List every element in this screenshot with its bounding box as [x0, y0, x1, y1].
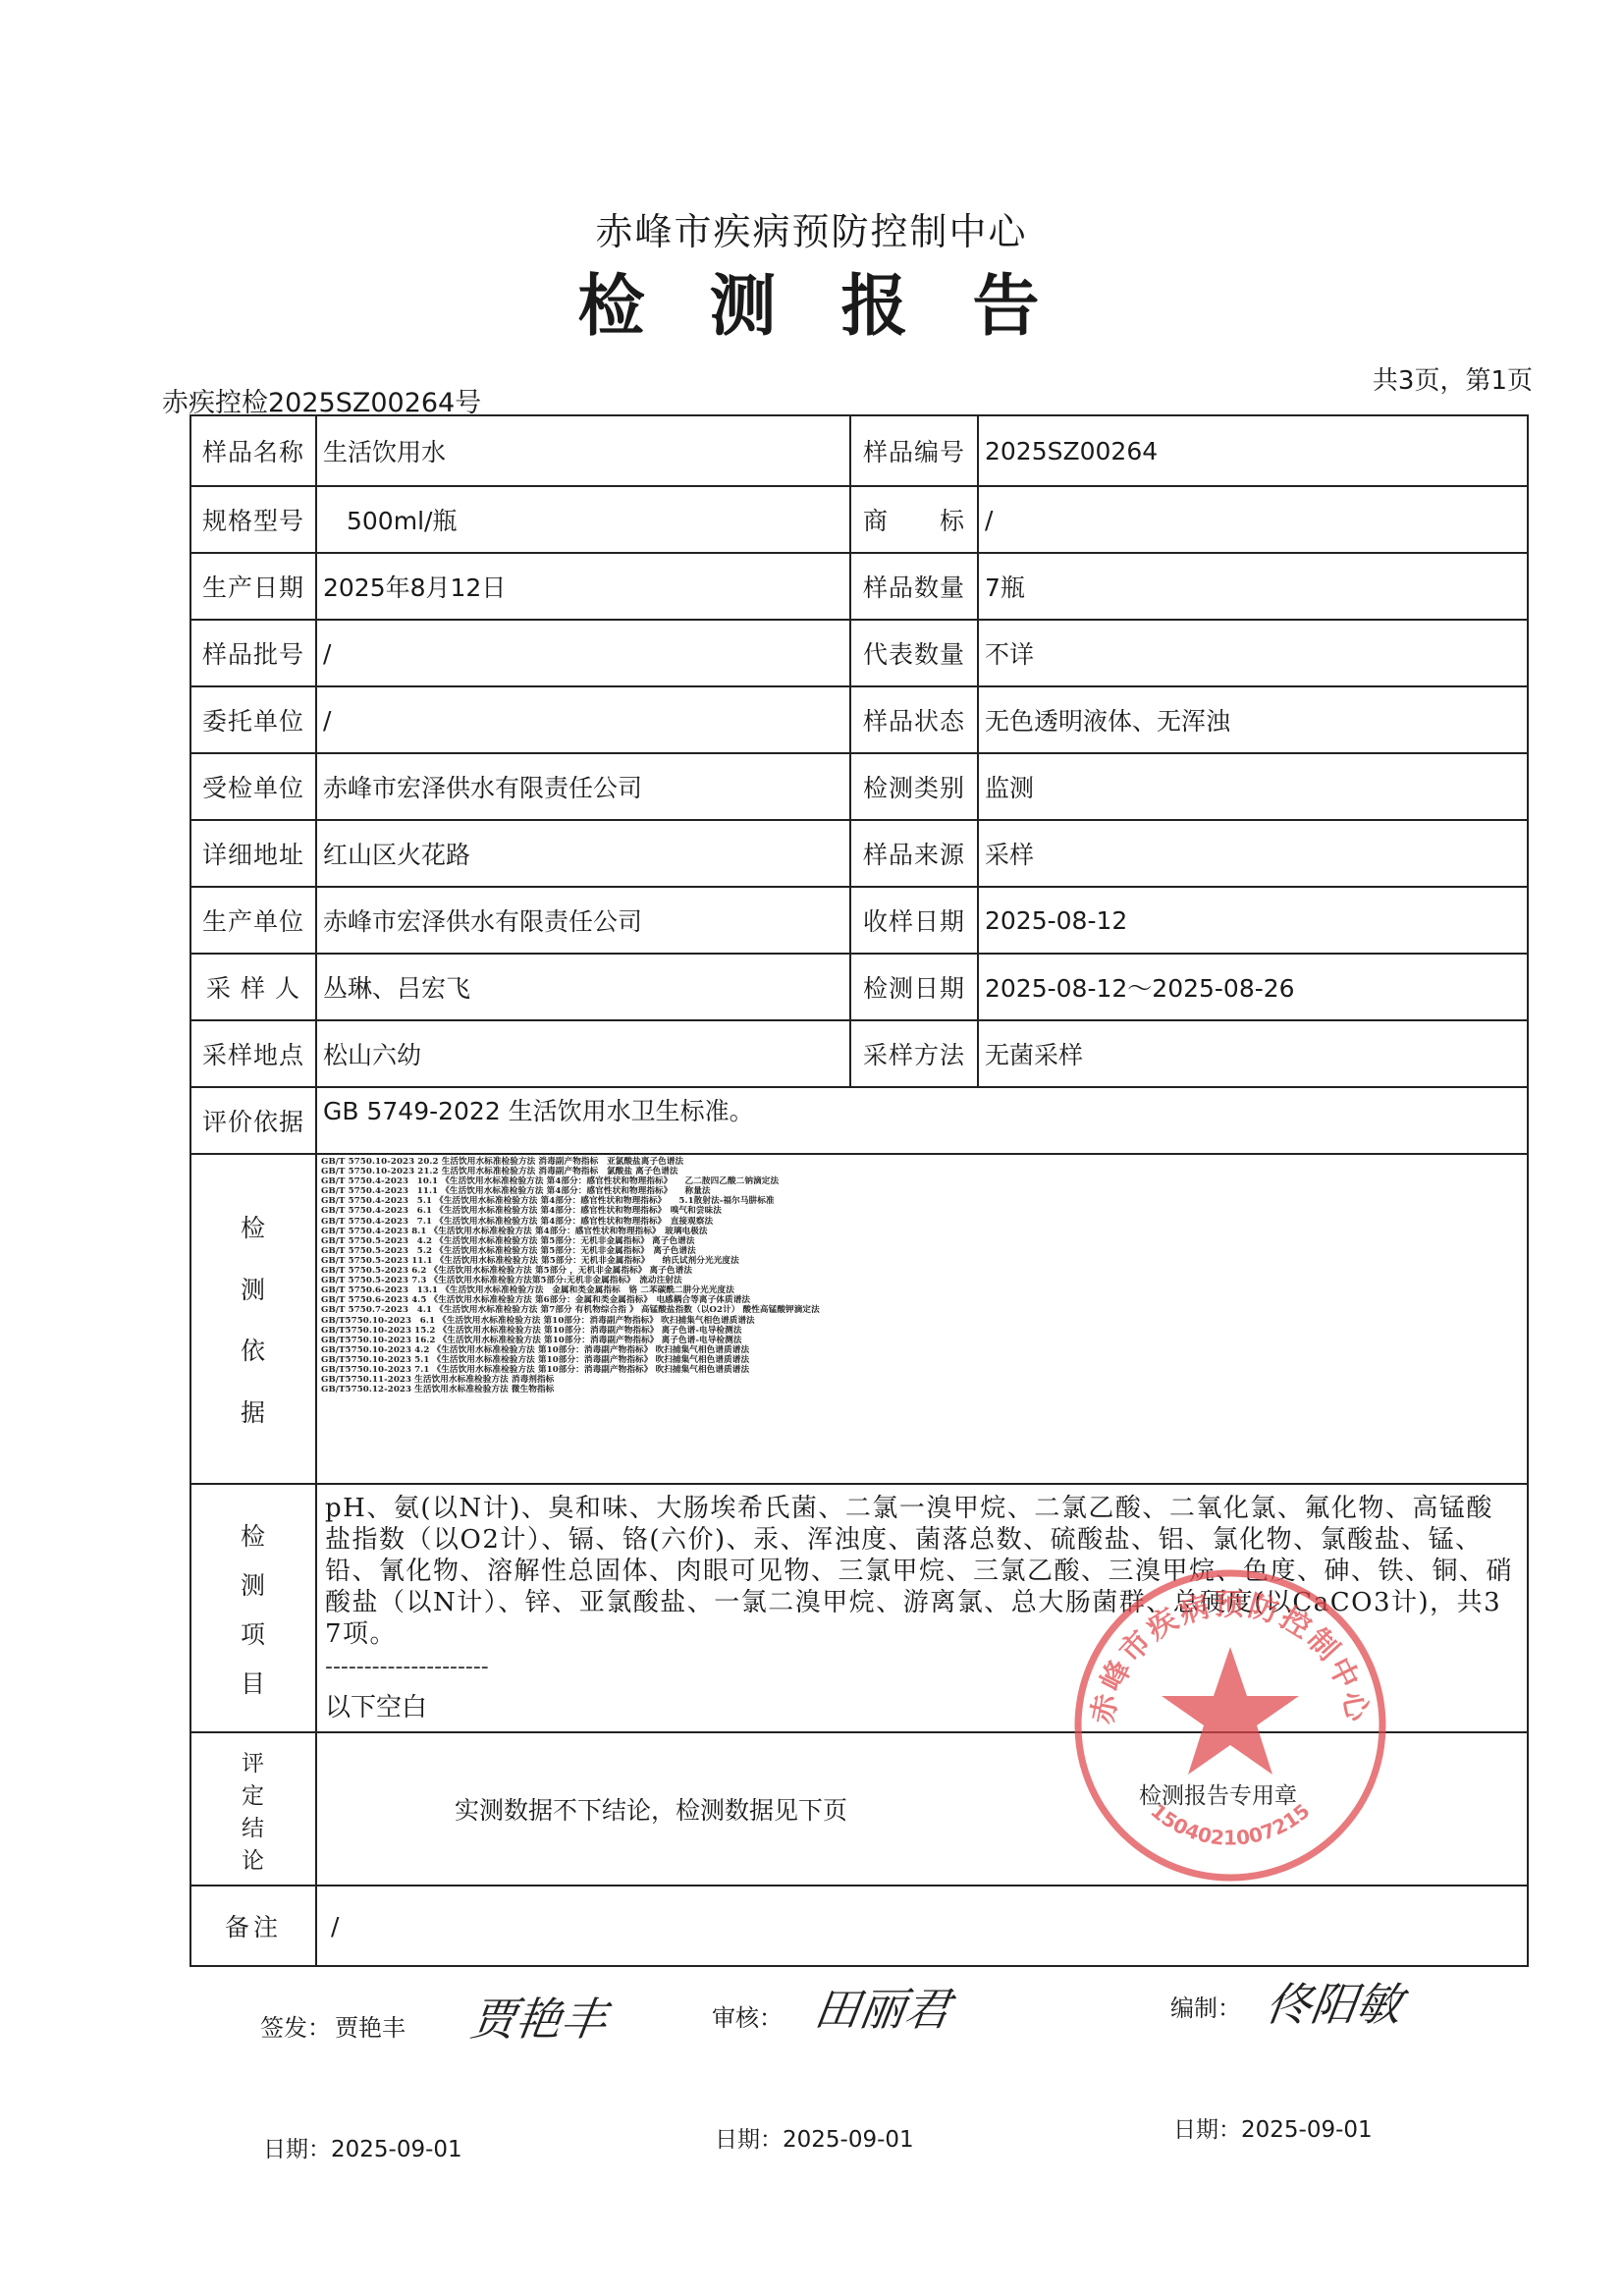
- field-label: 生产日期: [190, 553, 316, 620]
- basis-line: GB/T5750.10-2023 6.1 《生活饮用水标准检验方法 第10部分：…: [321, 1316, 1523, 1326]
- basis-line: GB/T 5750.4-2023 10.1 《生活饮用水标准检验方法 第4部分：…: [321, 1176, 1523, 1186]
- page-info: 共3页，第1页: [1373, 360, 1533, 397]
- spec-value: 500ml/瓶: [316, 486, 850, 553]
- sample-source-value: 采样: [978, 820, 1528, 887]
- compiler-label: 编制：: [1170, 1989, 1241, 2023]
- conclusion-label: 评定结论: [190, 1732, 316, 1886]
- vertical-label-char: 目: [241, 1665, 266, 1700]
- field-label: 样品名称: [190, 415, 316, 486]
- basis-line: GB/T 5750.6-2023 13.1 《生活饮用水标准检验方法 金属和类金…: [321, 1285, 1523, 1295]
- basis-line: GB/T5750.10-2023 16.2 《生活饮用水标准检验方法 第10部分…: [321, 1336, 1523, 1345]
- basis-line: GB/T 5750.4-2023 5.1 《生活饮用水标准检验方法 第4部分：感…: [321, 1196, 1523, 1206]
- field-label: 评价依据: [190, 1087, 316, 1154]
- field-label: 样品数量: [850, 553, 978, 620]
- field-label: 检测日期: [850, 954, 978, 1020]
- reviewer-date: 日期：2025-09-01: [715, 2121, 914, 2154]
- organization-name: 赤峰市疾病预防控制中心: [0, 201, 1623, 255]
- table-row: 样品名称 生活饮用水 样品编号 2025SZ00264: [190, 415, 1528, 486]
- issuer-signature: 贾艳丰: [466, 1984, 611, 2049]
- field-label: 委托单位: [190, 686, 316, 753]
- vertical-label: 评定结论: [191, 1745, 315, 1873]
- table-row: 委托单位 / 样品状态 无色透明液体、无浑浊: [190, 686, 1528, 753]
- vertical-label-char: 结: [242, 1810, 265, 1842]
- representative-qty-value: 不详: [978, 620, 1528, 686]
- sample-id-value: 2025SZ00264: [978, 415, 1528, 486]
- production-date-value: 2025年8月12日: [316, 553, 850, 620]
- basis-line: GB/T 5750.4-2023 11.1 《生活饮用水标准检验方法 第4部分：…: [321, 1186, 1523, 1196]
- basis-lines: GB/T 5750.10-2023 20.2 生活饮用水标准检验方法 消毒副产物…: [321, 1157, 1523, 1394]
- field-label: 采样地点: [190, 1020, 316, 1087]
- blank-note: 以下空白: [325, 1687, 1519, 1723]
- basis-line: GB/T 5750.10-2023 20.2 生活饮用水标准检验方法 消毒副产物…: [321, 1157, 1523, 1167]
- basis-line: GB/T 5750.5-2023 4.2 《生活饮用水标准检验方法 第5部分：无…: [321, 1236, 1523, 1246]
- table-row: 评定结论 实测数据不下结论，检测数据见下页: [190, 1732, 1528, 1886]
- table-row: 采样地点 松山六幼 采样方法 无菌采样: [190, 1020, 1528, 1087]
- document-title: 检测报告: [0, 253, 1623, 349]
- table-row: 生产单位 赤峰市宏泽供水有限责任公司 收样日期 2025-08-12: [190, 887, 1528, 954]
- test-category-value: 监测: [978, 753, 1528, 820]
- table-row: 规格型号 500ml/瓶 商 标 /: [190, 486, 1528, 553]
- remarks-label: 备注: [190, 1886, 316, 1966]
- basis-line: GB/T5750.10-2023 4.2 《生活饮用水标准检验方法 第10部分：…: [321, 1345, 1523, 1355]
- field-label: 采样方法: [850, 1020, 978, 1087]
- brand-value: /: [978, 486, 1528, 553]
- field-label: 代表数量: [850, 620, 978, 686]
- table-row: 检测项目 pH、氨(以N计)、臭和味、大肠埃希氏菌、二氯一溴甲烷、二氯乙酸、二氧…: [190, 1484, 1528, 1732]
- table-row: 备注 /: [190, 1886, 1528, 1966]
- table-row: 样品批号 / 代表数量 不详: [190, 620, 1528, 686]
- issuer-name: 贾艳丰: [335, 2014, 406, 2042]
- field-label: 收样日期: [850, 887, 978, 954]
- field-label: 商 标: [850, 486, 978, 553]
- field-label: 规格型号: [190, 486, 316, 553]
- batch-no-value: /: [316, 620, 850, 686]
- test-basis-label: 检测依据: [190, 1154, 316, 1484]
- address-value: 红山区火花路: [316, 820, 850, 887]
- field-label: 采 样 人: [190, 954, 316, 1020]
- basis-line: GB/T 5750.5-2023 5.2 《生活饮用水标准检验方法 第5部分：无…: [321, 1246, 1523, 1256]
- vertical-label-char: 据: [241, 1394, 266, 1429]
- field-label: 样品编号: [850, 415, 978, 486]
- client-value: /: [316, 686, 850, 753]
- field-label: 受检单位: [190, 753, 316, 820]
- basis-line: GB/T 5750.5-2023 7.3 《生活饮用水标准检验方法第5部分:无机…: [321, 1276, 1523, 1285]
- conclusion-text: 实测数据不下结论，检测数据见下页: [316, 1732, 1528, 1886]
- field-label: 生产单位: [190, 887, 316, 954]
- compiler-block: 编制：: [1170, 1989, 1241, 2023]
- table-row: 受检单位 赤峰市宏泽供水有限责任公司 检测类别 监测: [190, 753, 1528, 820]
- evaluation-basis-value: GB 5749-2022 生活饮用水卫生标准。: [316, 1087, 1528, 1154]
- basis-line: GB/T 5750.7-2023 4.1 《生活饮用水标准检验方法 第7部分 有…: [321, 1305, 1523, 1315]
- basis-line: GB/T5750.10-2023 15.2 《生活饮用水标准检验方法 第10部分…: [321, 1326, 1523, 1336]
- field-label: 检测类别: [850, 753, 978, 820]
- vertical-label-char: 检: [241, 1517, 266, 1553]
- sampler-value: 丛琳、吕宏飞: [316, 954, 850, 1020]
- sample-quantity-value: 7瓶: [978, 553, 1528, 620]
- issuer-date: 日期：2025-09-01: [263, 2131, 462, 2163]
- vertical-label-char: 检: [241, 1209, 266, 1244]
- test-date-value: 2025-08-12～2025-08-26: [978, 954, 1528, 1020]
- compiler-signature: 佟阳敏: [1262, 1969, 1406, 2034]
- table-row: 详细地址 红山区火花路 样品来源 采样: [190, 820, 1528, 887]
- field-label: 详细地址: [190, 820, 316, 887]
- reviewer-block: 审核：: [712, 1998, 783, 2033]
- vertical-label-char: 定: [242, 1777, 265, 1810]
- vertical-label: 检测项目: [191, 1510, 315, 1707]
- basis-line: GB/T5750.10-2023 5.1 《生活饮用水标准检验方法 第10部分：…: [321, 1355, 1523, 1365]
- basis-line: GB/T 5750.4-2023 8.1 《生活饮用水标准检验方法 第4部分：感…: [321, 1227, 1523, 1236]
- issuer-label: 签发：: [260, 2008, 331, 2043]
- vertical-label-char: 论: [242, 1842, 265, 1875]
- reviewer-signature: 田丽君: [810, 1974, 954, 2039]
- field-label: 样品状态: [850, 686, 978, 753]
- basis-line: GB/T5750.10-2023 7.1 《生活饮用水标准检验方法 第10部分：…: [321, 1365, 1523, 1375]
- sample-state-value: 无色透明液体、无浑浊: [978, 686, 1528, 753]
- table-row: 评价依据 GB 5749-2022 生活饮用水卫生标准。: [190, 1087, 1528, 1154]
- vertical-label-char: 评: [242, 1745, 265, 1777]
- basis-line: GB/T 5750.5-2023 6.2 《生活饮用水标准检验方法 第5部分 ，…: [321, 1266, 1523, 1276]
- remarks-value: /: [316, 1886, 1528, 1966]
- sampling-method-value: 无菌采样: [978, 1020, 1528, 1087]
- compiler-date: 日期：2025-09-01: [1173, 2111, 1373, 2144]
- basis-line: GB/T5750.11-2023 生活饮用水标准检验方法 消毒剂指标: [321, 1375, 1523, 1385]
- receipt-date-value: 2025-08-12: [978, 887, 1528, 954]
- inspected-unit-value: 赤峰市宏泽供水有限责任公司: [316, 753, 850, 820]
- vertical-label-char: 依: [241, 1332, 266, 1367]
- basis-line: GB/T 5750.5-2023 11.1 《生活饮用水标准检验方法 第5部分：…: [321, 1256, 1523, 1266]
- dash-separator: ---------------------: [325, 1654, 1519, 1681]
- vertical-label: 检测依据: [191, 1196, 315, 1442]
- basis-line: GB/T 5750.6-2023 4.5 《生活饮用水标准检验方法 第6部分：金…: [321, 1295, 1523, 1305]
- test-items-cell: pH、氨(以N计)、臭和味、大肠埃希氏菌、二氯一溴甲烷、二氯乙酸、二氧化氯、氟化…: [316, 1484, 1528, 1732]
- issuer-block: 签发：贾艳丰: [260, 2008, 406, 2043]
- sampling-site-value: 松山六幼: [316, 1020, 850, 1087]
- field-label: 样品批号: [190, 620, 316, 686]
- report-info-table: 样品名称 生活饮用水 样品编号 2025SZ00264 规格型号 500ml/瓶…: [189, 414, 1529, 1967]
- field-label: 样品来源: [850, 820, 978, 887]
- basis-line: GB/T5750.12-2023 生活饮用水标准检验方法 微生物指标: [321, 1385, 1523, 1394]
- vertical-label-char: 测: [241, 1271, 266, 1306]
- test-items-text: pH、氨(以N计)、臭和味、大肠埃希氏菌、二氯一溴甲烷、二氯乙酸、二氧化氯、氟化…: [325, 1493, 1519, 1650]
- reviewer-label: 审核：: [712, 1998, 783, 2033]
- basis-line: GB/T 5750.4-2023 6.1 《生活饮用水标准检验方法 第4部分：感…: [321, 1206, 1523, 1216]
- sample-name-value: 生活饮用水: [316, 415, 850, 486]
- basis-line: GB/T 5750.4-2023 7.1 《生活饮用水标准检验方法 第4部分：感…: [321, 1217, 1523, 1227]
- vertical-label-char: 测: [241, 1566, 266, 1602]
- producer-value: 赤峰市宏泽供水有限责任公司: [316, 887, 850, 954]
- basis-line: GB/T 5750.10-2023 21.2 生活饮用水标准检验方法 消毒副产物…: [321, 1167, 1523, 1176]
- vertical-label-char: 项: [241, 1615, 266, 1651]
- test-items-label: 检测项目: [190, 1484, 316, 1732]
- table-row: 检测依据 GB/T 5750.10-2023 20.2 生活饮用水标准检验方法 …: [190, 1154, 1528, 1484]
- seal-caption: 检测报告专用章: [1139, 1777, 1297, 1810]
- table-row: 采 样 人 丛琳、吕宏飞 检测日期 2025-08-12～2025-08-26: [190, 954, 1528, 1020]
- test-basis-list: GB/T 5750.10-2023 20.2 生活饮用水标准检验方法 消毒副产物…: [316, 1154, 1528, 1484]
- table-row: 生产日期 2025年8月12日 样品数量 7瓶: [190, 553, 1528, 620]
